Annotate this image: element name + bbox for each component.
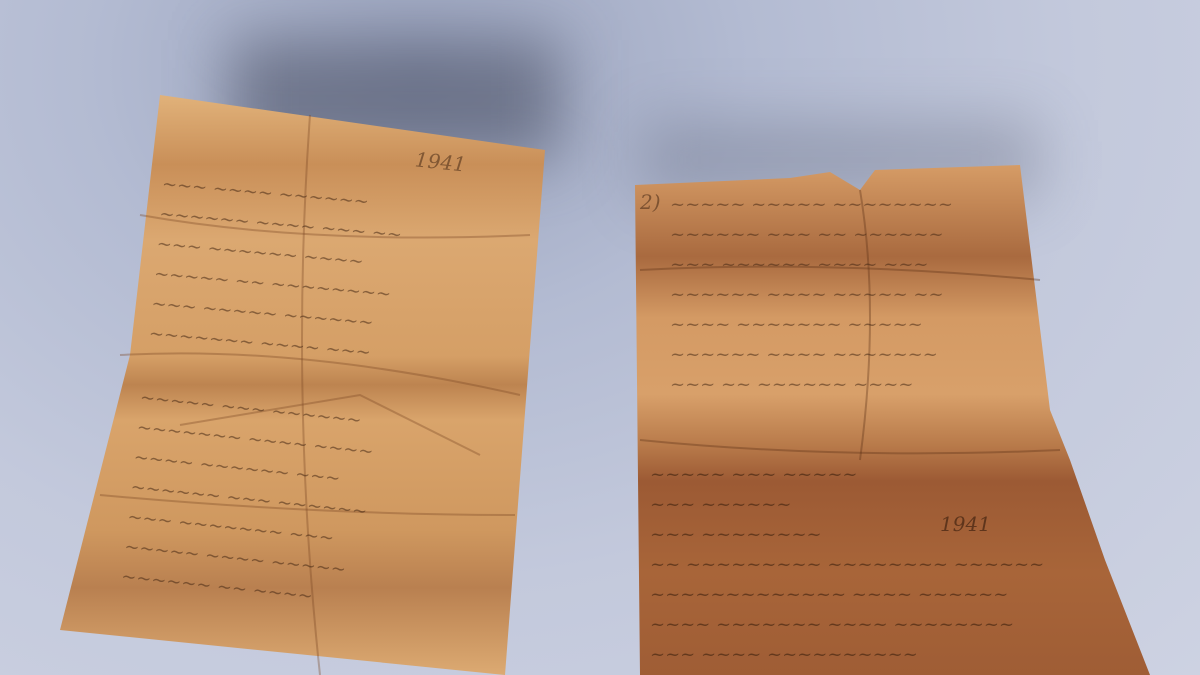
- handwriting-lines: ~~~~~ ~~~ ~~~~~~~~~~~~~ ~~~~ ~~~~~~~~ ~~…: [120, 383, 378, 617]
- letter-right: 2) ~~~~~ ~~~~~ ~~~~~~~~~~~~~~ ~~~ ~~ ~~~…: [630, 160, 1170, 675]
- letter-left-date: 1941: [414, 147, 467, 176]
- letter-left: 1941 ~~~ ~~~~ ~~~~~~~~~~~~ ~~~~ ~~~ ~~~~…: [60, 95, 550, 675]
- letter-right-page-marker: 2): [640, 190, 661, 214]
- handwriting-lines: ~~~~~ ~~~ ~~~~~~~~ ~~~~~~~~~ ~~~~~~~~~~ …: [650, 460, 1044, 670]
- handwriting-lines: ~~~ ~~~~ ~~~~~~~~~~~~ ~~~~ ~~~ ~~~~~ ~~~…: [148, 170, 406, 371]
- handwriting-lines: ~~~~~ ~~~~~ ~~~~~~~~~~~~~~ ~~~ ~~ ~~~~~~…: [670, 190, 953, 400]
